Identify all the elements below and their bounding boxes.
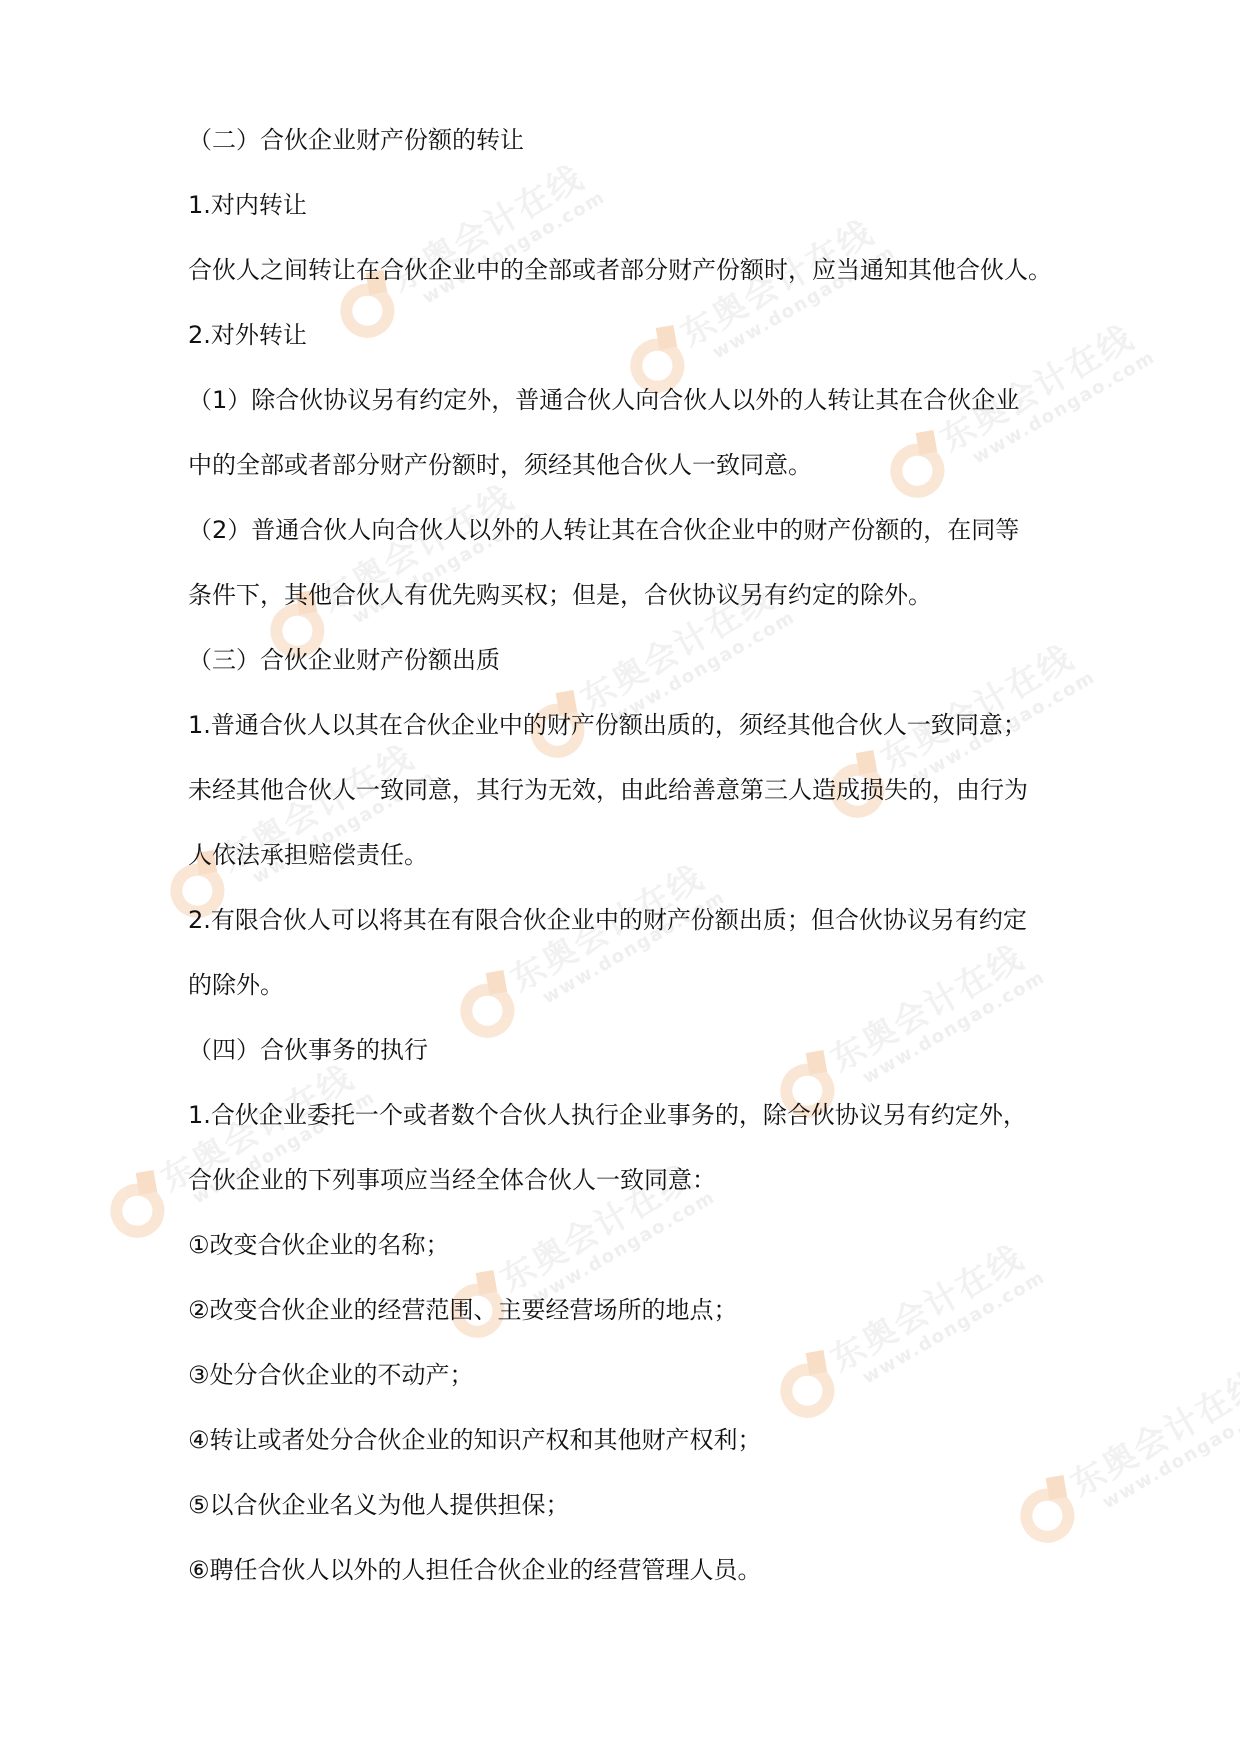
list-item: ②改变合伙企业的经营范围、主要经营场所的地点；	[188, 1298, 1068, 1363]
list-item: ⑤以合伙企业名义为他人提供担保；	[188, 1493, 1068, 1558]
section-heading-3: （三）合伙企业财产份额出质	[188, 648, 1068, 713]
paragraph: 条件下，其他合伙人有优先购买权；但是，合伙协议另有约定的除外。	[188, 583, 1068, 648]
dongao-logo-icon	[101, 1174, 175, 1248]
paragraph: 的除外。	[188, 973, 1068, 1038]
section-heading-4: （四）合伙事务的执行	[188, 1038, 1068, 1103]
document-body: （二）合伙企业财产份额的转让 1.对内转让 合伙人之间转让在合伙企业中的全部或者…	[188, 128, 1068, 1623]
paragraph: 合伙人之间转让在合伙企业中的全部或者部分财产份额时，应当通知其他合伙人。	[188, 258, 1068, 323]
paragraph: （1）除合伙协议另有约定外，普通合伙人向合伙人以外的人转让其在合伙企业	[188, 388, 1068, 453]
list-item: ①改变合伙企业的名称；	[188, 1233, 1068, 1298]
subheading-external-transfer: 2.对外转让	[188, 323, 1068, 388]
list-item: ⑥聘任合伙人以外的人担任合伙企业的经营管理人员。	[188, 1558, 1068, 1623]
document-page: 东奥会计在线www.dongao.com 东奥会计在线www.dongao.co…	[0, 0, 1240, 1753]
subheading-internal-transfer: 1.对内转让	[188, 193, 1068, 258]
paragraph: 2.有限合伙人可以将其在有限合伙企业中的财产份额出质；但合伙协议另有约定	[188, 908, 1068, 973]
paragraph: 人依法承担赔偿责任。	[188, 843, 1068, 908]
watermark-brand: 东奥会计在线	[1065, 1360, 1240, 1502]
list-item: ③处分合伙企业的不动产；	[188, 1363, 1068, 1428]
paragraph: 中的全部或者部分财产份额时，须经其他合伙人一致同意。	[188, 453, 1068, 518]
section-heading-2: （二）合伙企业财产份额的转让	[188, 128, 1068, 193]
paragraph: 1.合伙企业委托一个或者数个合伙人执行企业事务的，除合伙协议另有约定外，	[188, 1103, 1068, 1168]
paragraph: （2）普通合伙人向合伙人以外的人转让其在合伙企业中的财产份额的，在同等	[188, 518, 1068, 583]
paragraph: 未经其他合伙人一致同意，其行为无效，由此给善意第三人造成损失的，由行为	[188, 778, 1068, 843]
paragraph: 合伙企业的下列事项应当经全体合伙人一致同意：	[188, 1168, 1068, 1233]
watermark-url: www.dongao.com	[1100, 1393, 1240, 1512]
list-item: ④转让或者处分合伙企业的知识产权和其他财产权利；	[188, 1428, 1068, 1493]
paragraph: 1.普通合伙人以其在合伙企业中的财产份额出质的，须经其他合伙人一致同意；	[188, 713, 1068, 778]
